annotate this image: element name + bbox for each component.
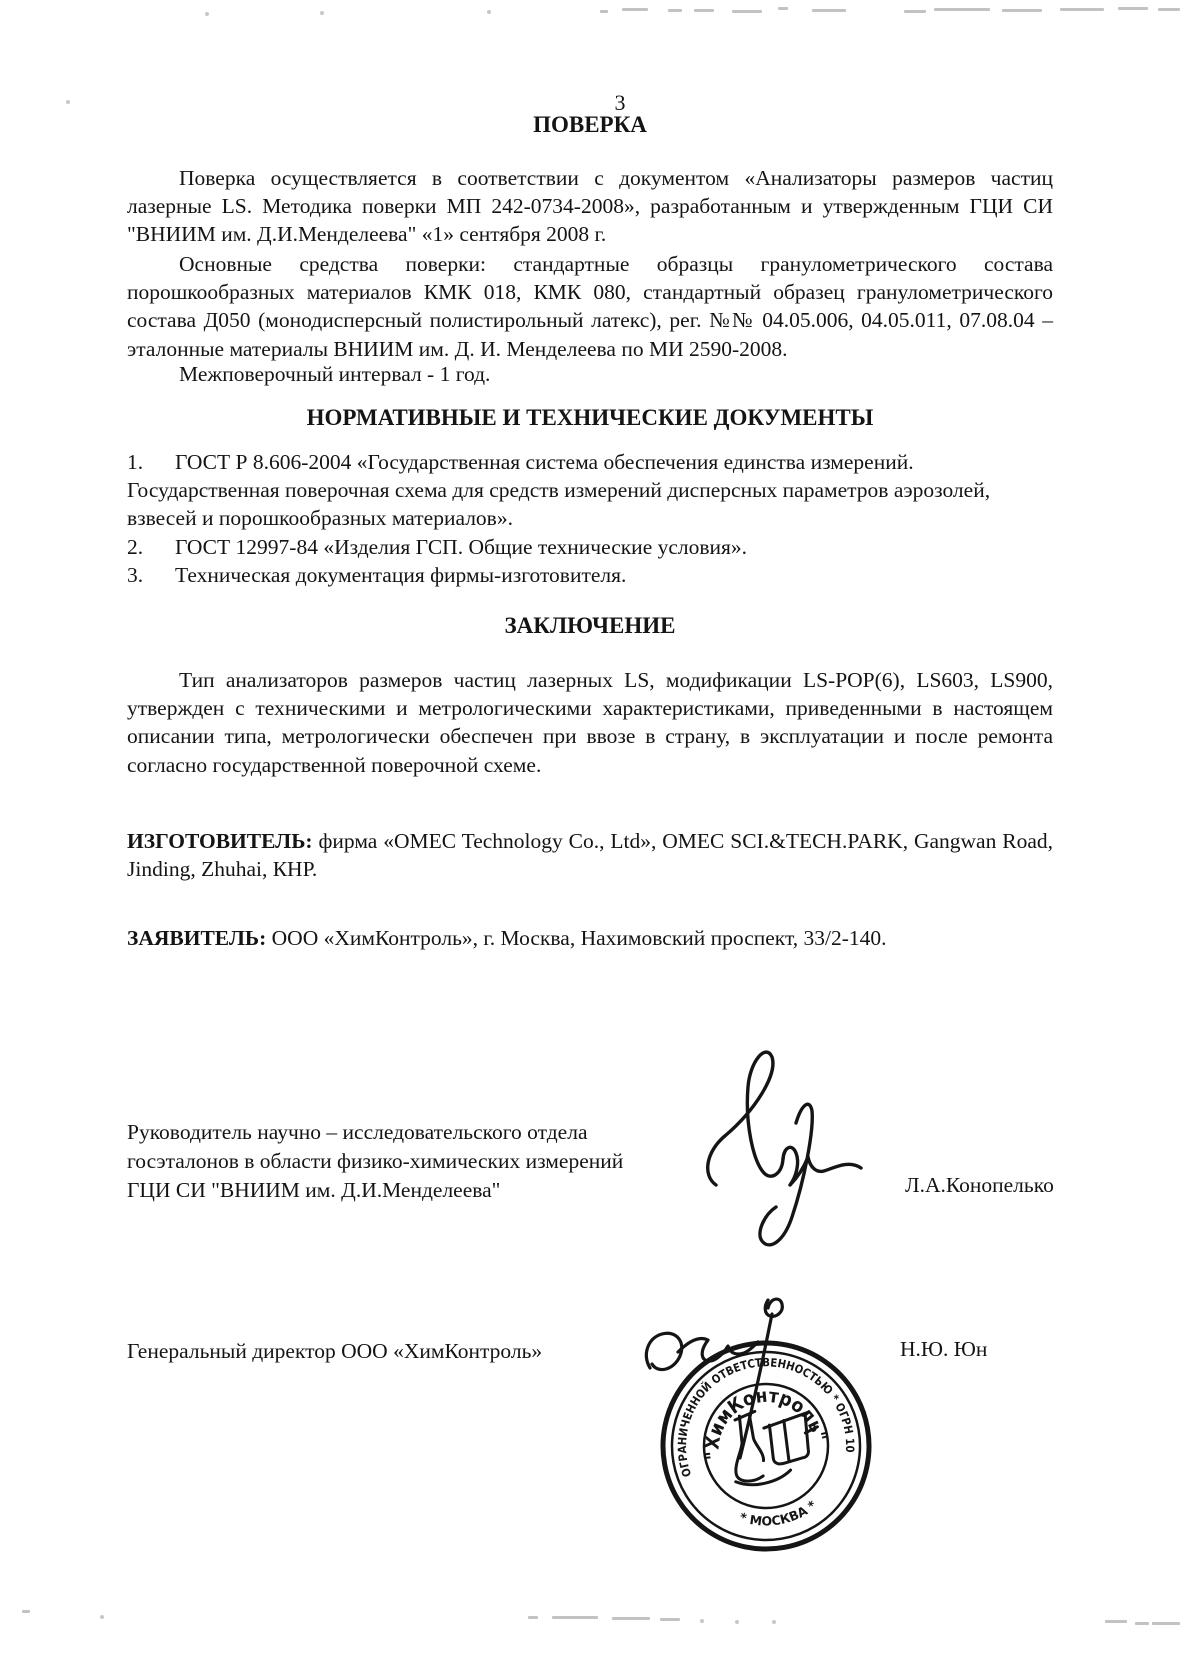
list-item-text: ГОСТ Р 8.606-2004 «Государственная систе… [175, 450, 914, 474]
scan-artifact [600, 10, 608, 13]
document-page: 3 ПОВЕРКА Поверка осуществляется в соотв… [0, 0, 1184, 1659]
scan-artifact [1152, 1622, 1180, 1625]
manufacturer-line: Jinding, Zhuhai, КНР. [127, 855, 1053, 883]
list-item-continuation: взвесей и порошкообразных материалов». [127, 504, 1053, 532]
scan-artifact [700, 1619, 704, 1623]
scan-artifact [487, 10, 491, 14]
scan-artifact [735, 1620, 739, 1624]
list-item: 2.ГОСТ 12997-84 «Изделия ГСП. Общие техн… [127, 533, 1053, 561]
paragraph-line: порошкообразных материалов КМК 018, КМК … [127, 278, 1053, 306]
scan-artifact [528, 1616, 538, 1619]
manufacturer-text: фирма «OMEC Technology Co., Ltd», OMEC S… [318, 829, 1053, 853]
paragraph-conclusion: Тип анализаторов размеров частиц лазерны… [127, 666, 1053, 779]
section-title-conclusion: ЗАКЛЮЧЕНИЕ [127, 613, 1053, 639]
scan-artifact [934, 8, 990, 11]
list-item-text: ГОСТ 12997-84 «Изделия ГСП. Общие технич… [175, 535, 747, 559]
signer-head-name: Л.А.Конопелько [905, 1173, 1054, 1198]
list-item-number: 1. [127, 448, 175, 476]
scan-artifact [1158, 8, 1180, 11]
company-stamp: ОБЩЕСТВО С ОГРАНИЧЕННОЙ ОТВЕТСТВЕННОСТЬЮ… [646, 1326, 886, 1566]
applicant-block: ЗАЯВИТЕЛЬ: ООО «ХимКонтроль», г. Москва,… [127, 924, 1053, 952]
signer-title-line: госэталонов в области физико-химических … [127, 1147, 687, 1176]
paragraph-line: состава Д050 (монодисперсный полистироль… [127, 306, 1053, 334]
paragraph-line: эталонные материалы ВНИИМ им. Д. И. Менд… [127, 335, 1053, 363]
scan-artifact [320, 11, 324, 15]
normative-list: 1.ГОСТ Р 8.606-2004 «Государственная сис… [127, 448, 1053, 589]
scan-artifact [552, 1616, 598, 1619]
scan-artifact [1118, 7, 1148, 10]
paragraph-line: Межповерочный интервал - 1 год. [127, 360, 1053, 388]
scan-artifact [622, 8, 648, 11]
scan-artifact [100, 1615, 104, 1619]
list-item: 3.Техническая документация фирмы-изготов… [127, 561, 1053, 589]
scan-artifact [732, 10, 762, 13]
section-title-poverka: ПОВЕРКА [127, 112, 1053, 138]
scan-artifact [668, 9, 682, 12]
signer-title-line: Руководитель научно – исследовательского… [127, 1118, 687, 1147]
paragraph-interval: Межповерочный интервал - 1 год. [127, 360, 1053, 388]
scan-artifact [1060, 8, 1104, 11]
list-item-number: 2. [127, 533, 175, 561]
scan-artifact [205, 12, 209, 16]
paragraph-verification: Поверка осуществляется в соответствии с … [127, 164, 1053, 249]
section-title-normative: НОРМАТИВНЫЕ И ТЕХНИЧЕСКИЕ ДОКУМЕНТЫ [127, 405, 1053, 431]
manufacturer-block: ИЗГОТОВИТЕЛЬ: фирма «OMEC Technology Co.… [127, 827, 1053, 883]
paragraph-line: "ВНИИМ им. Д.И.Менделеева" «1» сентября … [127, 220, 1053, 248]
scan-artifact [660, 1618, 680, 1621]
scan-artifact [772, 1620, 776, 1624]
scan-artifact [812, 9, 846, 12]
signer-head-block: Руководитель научно – исследовательского… [127, 1118, 687, 1205]
paragraph-line: утвержден с техническими и метрологическ… [127, 694, 1053, 722]
list-item-continuation: Государственная поверочная схема для сре… [127, 476, 1053, 504]
signer-title-line: ГЦИ СИ "ВНИИМ им. Д.И.Менделеева" [127, 1176, 687, 1205]
paragraph-line: Поверка осуществляется в соответствии с … [127, 164, 1053, 192]
scan-artifact [904, 10, 926, 13]
applicant-text: ООО «ХимКонтроль», г. Москва, Нахимовски… [272, 926, 887, 950]
scan-artifact [1105, 1620, 1127, 1623]
paragraph-line: Основные средства поверки: стандартные о… [127, 250, 1053, 278]
signature-head-autograph [698, 1045, 868, 1255]
paragraph-line: согласно государственной поверочной схем… [127, 751, 1053, 779]
scan-artifact [1002, 9, 1042, 12]
applicant-line: ЗАЯВИТЕЛЬ: ООО «ХимКонтроль», г. Москва,… [127, 924, 1053, 952]
scan-artifact [1135, 1622, 1149, 1625]
signer-director-name: Н.Ю. Юн [900, 1337, 987, 1362]
scan-artifact [612, 1617, 650, 1620]
scan-artifact [22, 1610, 30, 1613]
paragraph-means: Основные средства поверки: стандартные о… [127, 250, 1053, 363]
paragraph-line: описании типа, метрологически обеспечен … [127, 722, 1053, 750]
applicant-label: ЗАЯВИТЕЛЬ: [127, 926, 266, 950]
list-item-text: Техническая документация фирмы-изготовит… [175, 563, 626, 587]
scan-artifact [778, 7, 788, 10]
paragraph-line: лазерные LS. Методика поверки МП 242-073… [127, 192, 1053, 220]
manufacturer-label: ИЗГОТОВИТЕЛЬ: [127, 829, 313, 853]
paragraph-line: Тип анализаторов размеров частиц лазерны… [127, 666, 1053, 694]
list-item: 1.ГОСТ Р 8.606-2004 «Государственная сис… [127, 448, 1053, 476]
list-item-number: 3. [127, 561, 175, 589]
manufacturer-line: ИЗГОТОВИТЕЛЬ: фирма «OMEC Technology Co.… [127, 827, 1053, 855]
scan-artifact [694, 9, 714, 12]
